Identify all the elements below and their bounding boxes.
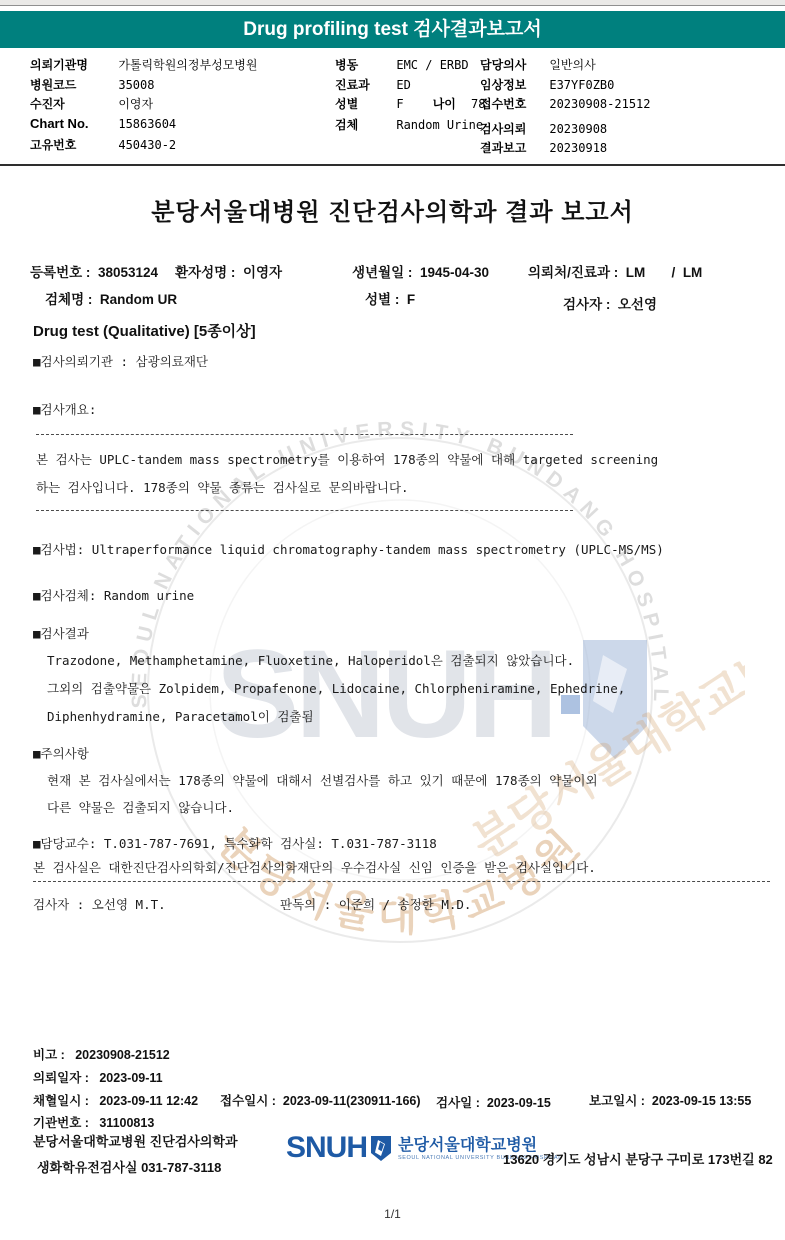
field-value: 20230908 — [549, 122, 607, 136]
watermark-shield-icon — [583, 640, 647, 759]
header-row: 결과보고 20230918 — [480, 139, 607, 156]
watermark-square-accent — [561, 695, 580, 714]
field-value: F — [396, 97, 429, 111]
field-label: 검사의뢰 — [480, 120, 546, 137]
patient-dept: 의뢰처/진료과 : LM / LM — [528, 261, 702, 281]
body-line: ■검사개요: — [33, 400, 96, 418]
footer-request-date: 의뢰일자 : 2023-09-11 — [33, 1068, 163, 1086]
field-label: 진료과 — [335, 76, 393, 93]
banner-title: Drug profiling test 검사결과보고서 — [0, 11, 785, 48]
field-label: 검체명 : — [45, 292, 92, 307]
header-row: 병원코드 35008 — [30, 76, 154, 93]
field-label: 의뢰처/진료과 : — [528, 265, 618, 280]
body-line: 본 검사는 UPLC-tandem mass spectrometry를 이용하… — [36, 450, 658, 468]
header-row: 담당의사 일반의사 — [480, 56, 596, 73]
header-row: 검체 Random Urine — [335, 116, 483, 133]
field-label: 성별 : — [365, 292, 399, 307]
field-value: 오선영 — [618, 297, 657, 312]
field-label: 의뢰기관명 — [30, 56, 115, 73]
report-page: SEOUL NATIONAL UNIVERSITY BUNDANG HOSPIT… — [0, 0, 785, 1240]
field-value: ED — [396, 78, 410, 92]
field-label: 접수일시 : — [220, 1094, 276, 1108]
field-value: 20230908-21512 — [75, 1048, 170, 1062]
field-value: 31100813 — [99, 1116, 154, 1130]
field-value: 20230908-21512 — [549, 97, 650, 111]
field-value: 35008 — [118, 78, 154, 92]
patient-name: 환자성명 : 이영자 — [175, 261, 282, 281]
patient-birth: 생년월일 : 1945-04-30 — [352, 261, 489, 281]
field-value: 일반의사 — [549, 58, 595, 72]
footer-lab-line: 생화학유전검사실 031-787-3118 — [37, 1157, 221, 1176]
test-heading: Drug test (Qualitative) [5종이상] — [33, 320, 256, 341]
field-label: 성별 — [335, 95, 393, 112]
field-value: 38053124 — [98, 265, 158, 280]
field-label: 검사자 : — [563, 297, 610, 312]
header-row: Chart No. 15863604 — [30, 116, 176, 131]
field-value: 2023-09-11 12:42 — [99, 1094, 198, 1108]
body-line: Diphenhydramine, Paracetamol이 검출됨 — [47, 707, 314, 725]
field-value: 20230918 — [549, 141, 607, 155]
field-label: 담당의사 — [480, 56, 546, 73]
body-line: ■주의사항 — [33, 744, 89, 762]
field-value: 이영자 — [243, 265, 282, 280]
footer-address: 13620 경기도 성남시 분당구 구미로 173번길 82 — [503, 1149, 773, 1168]
header-row: 임상정보 E37YF0ZB0 — [480, 76, 614, 93]
body-line: ■검사의뢰기관 : 삼광의료재단 — [33, 352, 208, 370]
header-row: 접수번호 20230908-21512 — [480, 95, 651, 112]
header-row: 고유번호 450430-2 — [30, 136, 176, 153]
page-title: 분당서울대병원 진단검사의학과 결과 보고서 — [0, 192, 785, 227]
field-label: 임상정보 — [480, 76, 546, 93]
field-label: 검체 — [335, 116, 393, 133]
header-row: 진료과 ED — [335, 76, 411, 93]
page-number: 1/1 — [0, 1207, 785, 1221]
header-row: 수진자 이영자 — [30, 95, 153, 112]
header-row: 성별 F 나이 78 — [335, 95, 485, 112]
dashed-separator — [36, 434, 573, 435]
field-label: 의뢰일자 : — [33, 1071, 89, 1085]
patient-specimen: 검체명 : Random UR — [45, 288, 177, 308]
field-label: 병원코드 — [30, 76, 115, 93]
field-label: 접수번호 — [480, 95, 546, 112]
field-label: 등록번호 : — [30, 265, 90, 280]
separator: / — [672, 265, 676, 280]
top-window-strip — [0, 0, 785, 6]
field-value: 2023-09-11 — [99, 1071, 162, 1085]
field-label: 결과보고 — [480, 139, 546, 156]
field-label: 환자성명 : — [175, 265, 235, 280]
field-value: LM — [683, 265, 703, 280]
body-line: ■검사결과 — [33, 624, 89, 642]
field-value: E37YF0ZB0 — [549, 78, 614, 92]
footer-note: 비고 : 20230908-21512 — [33, 1045, 170, 1063]
field-value: 15863604 — [118, 117, 176, 131]
header-row: 병동 EMC / ERBD — [335, 56, 469, 73]
field-label: 고유번호 — [30, 136, 115, 153]
signature-reader: 판독의 : 이준희 / 송정한 M.D. — [280, 895, 471, 913]
field-value: 2023-09-11(230911-166) — [283, 1094, 421, 1108]
patient-sex: 성별 : F — [365, 288, 415, 308]
field-value: 450430-2 — [118, 138, 176, 152]
patient-examiner: 검사자 : 오선영 — [563, 293, 657, 313]
body-line: 본 검사실은 대한진단검사의학회/진단검사의학재단의 우수검사실 신임 인증을 … — [33, 858, 596, 876]
dashed-separator — [33, 881, 770, 882]
footer-collect: 채혈일시 : 2023-09-11 12:42 — [33, 1091, 198, 1109]
header-row: 검사의뢰 20230908 — [480, 120, 607, 137]
field-value: 2023-09-15 13:55 — [652, 1094, 751, 1108]
field-label: 검사일 : — [436, 1096, 480, 1110]
field-label: 생년월일 : — [352, 265, 412, 280]
body-line: ■담당교수: T.031-787-7691, 특수화학 검사실: T.031-7… — [33, 834, 437, 852]
body-line: ■검사검체: Random urine — [33, 586, 194, 604]
field-value: 가톨릭학원의정부성모병원 — [118, 58, 257, 72]
body-line: 하는 검사입니다. 178종의 약물 종류는 검사실로 문의바랍니다. — [36, 478, 409, 496]
body-line: ■검사법: Ultraperformance liquid chromatogr… — [33, 540, 664, 558]
header-row: 의뢰기관명 가톨릭학원의정부성모병원 — [30, 56, 257, 73]
field-value: 이영자 — [118, 97, 153, 111]
snuh-logo-text: SNUH — [286, 1133, 367, 1163]
field-label: 기관번호 : — [33, 1116, 89, 1130]
patient-reg: 등록번호 : 38053124 — [30, 261, 158, 281]
field-label: 병동 — [335, 56, 393, 73]
body-line: 현재 본 검사실에서는 178종의 약물에 대해서 선별검사를 하고 있기 때문… — [47, 771, 598, 789]
footer-test-date: 검사일 : 2023-09-15 — [436, 1093, 551, 1111]
footer-org-no: 기관번호 : 31100813 — [33, 1113, 154, 1131]
field-label: 채혈일시 : — [33, 1094, 89, 1108]
field-value: Random Urine — [396, 118, 483, 132]
body-line: 그외의 검출약물은 Zolpidem, Propafenone, Lidocai… — [47, 679, 625, 697]
field-label: 비고 : — [33, 1048, 65, 1062]
footer-dept-line: 분당서울대학교병원 진단검사의학과 — [33, 1131, 238, 1150]
field-label: 수진자 — [30, 95, 115, 112]
field-label: Chart No. — [30, 116, 115, 131]
signature-examiner: 검사자 : 오선영 M.T. — [33, 895, 166, 913]
field-value: Random UR — [100, 292, 177, 307]
field-label: 보고일시 : — [589, 1094, 645, 1108]
field-label: 나이 — [433, 95, 468, 112]
footer-receipt: 접수일시 : 2023-09-11(230911-166) — [220, 1091, 421, 1109]
footer-report-date: 보고일시 : 2023-09-15 13:55 — [589, 1091, 751, 1109]
report-banner: Drug profiling test 검사결과보고서 — [0, 11, 785, 48]
field-value: LM — [626, 265, 668, 280]
field-value: F — [407, 292, 415, 307]
snuh-shield-icon — [370, 1135, 392, 1167]
field-value: EMC / ERBD — [396, 58, 468, 72]
body-line: Trazodone, Methamphetamine, Fluoxetine, … — [47, 651, 574, 669]
body-line: 다른 약물은 검출되지 않습니다. — [47, 798, 234, 816]
field-value: 1945-04-30 — [420, 265, 489, 280]
field-value: 2023-09-15 — [487, 1096, 551, 1110]
header-divider — [0, 164, 785, 166]
dashed-separator — [36, 510, 573, 511]
